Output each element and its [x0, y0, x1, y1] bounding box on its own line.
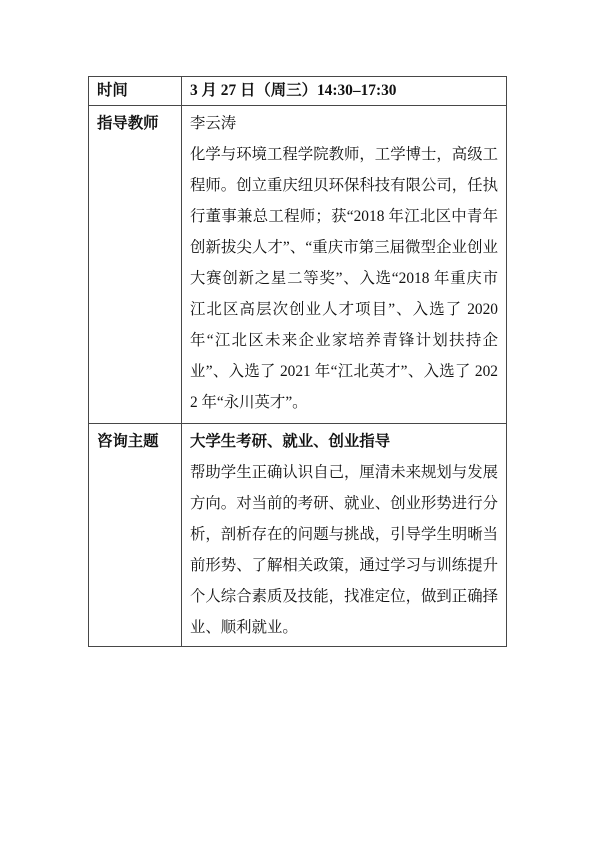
document-page: 时间 3 月 27 日（周三）14:30–17:30 指导教师 李云涛 化学与环…: [0, 0, 595, 841]
instructor-label: 指导教师: [89, 106, 182, 424]
topic-label: 咨询主题: [89, 424, 182, 647]
session-info-table: 时间 3 月 27 日（周三）14:30–17:30 指导教师 李云涛 化学与环…: [88, 76, 507, 647]
instructor-name: 李云涛: [190, 108, 498, 139]
topic-cell: 大学生考研、就业、创业指导 帮助学生正确认识自己，厘清未来规划与发展方向。对当前…: [182, 424, 507, 647]
instructor-bio: 化学与环境工程学院教师，工学博士，高级工程师。创立重庆纽贝环保科技有限公司，任执…: [190, 139, 498, 418]
table-row-topic: 咨询主题 大学生考研、就业、创业指导 帮助学生正确认识自己，厘清未来规划与发展方…: [89, 424, 507, 647]
topic-description: 帮助学生正确认识自己，厘清未来规划与发展方向。对当前的考研、就业、创业形势进行分…: [190, 457, 498, 643]
time-label: 时间: [89, 77, 182, 106]
table-row-time: 时间 3 月 27 日（周三）14:30–17:30: [89, 77, 507, 106]
instructor-cell: 李云涛 化学与环境工程学院教师，工学博士，高级工程师。创立重庆纽贝环保科技有限公…: [182, 106, 507, 424]
time-value: 3 月 27 日（周三）14:30–17:30: [182, 77, 507, 106]
topic-title: 大学生考研、就业、创业指导: [190, 426, 498, 457]
table-row-instructor: 指导教师 李云涛 化学与环境工程学院教师，工学博士，高级工程师。创立重庆纽贝环保…: [89, 106, 507, 424]
